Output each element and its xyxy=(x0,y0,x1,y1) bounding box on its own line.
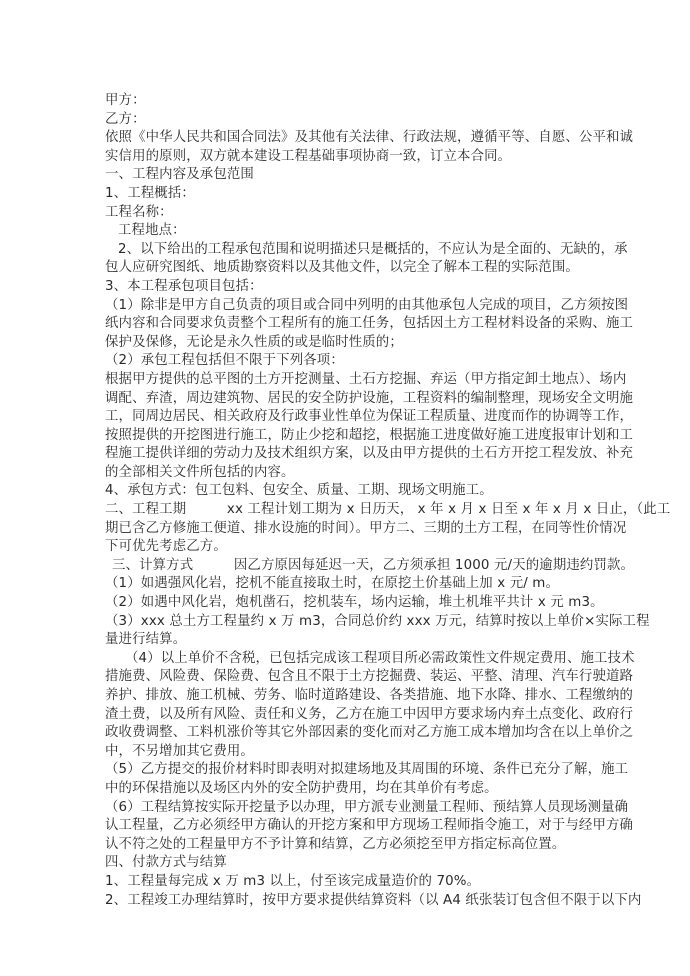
clause-line: 保护及保修，无论是永久性质的或是临时性质的； xyxy=(105,334,587,353)
clause-line: 政收费调整、工料机涨价等其它外部因素的变化而对乙方施工成本增加均含在以上单价之 xyxy=(105,724,587,743)
clause-line: （2）承包工程包括但不限于下列各项： xyxy=(105,352,587,371)
document-page: 甲方： 乙方： 依照《中华人民共和国合同法》及其他有关法律、行政法规，遵循平等、… xyxy=(105,92,587,910)
clause-line: 中，不另增加其它费用。 xyxy=(105,743,587,762)
clause-line: 认工程量，乙方必须经甲方确认的开挖方案和甲方现场工程师指令施工，对于与经甲方确 xyxy=(105,817,587,836)
clause-line: 包人应研究图纸、地质勘察资料以及其他文件，以完全了解本工程的实际范围。 xyxy=(105,259,587,278)
clause-line: 程施工提供详细的劳动力及技术组织方案，以及由甲方提供的土石方开挖工程发放、补充 xyxy=(105,445,587,464)
party-b-line: 乙方： xyxy=(105,111,587,130)
clause-line: 2、以下给出的工程承包范围和说明描述只是概括的，不应认为是全面的、无缺的，承 xyxy=(105,241,587,260)
preamble-line: 依照《中华人民共和国合同法》及其他有关法律、行政法规，遵循平等、自愿、公平和诚 xyxy=(105,129,587,148)
clause-line: 期已含乙方修施工便道、排水设施的时间）。甲方二、三期的土方工程，在同等性价情况 xyxy=(105,520,587,539)
clause-line: （1）如遇强风化岩，挖机不能直接取土时，在原挖土价基础上加 x 元/ m。 xyxy=(105,575,587,594)
clause-line: 渣土费，以及所有风险、责任和义务，乙方在施工中因甲方要求场内弃土点变化、政府行 xyxy=(105,706,587,725)
clause-line: （6）工程结算按实际开挖量予以办理，甲方派专业测量工程师、预结算人员现场测量确 xyxy=(105,799,587,818)
clause-line: 纸内容和合同要求负责整个工程所有的施工任务，包括因土方工程材料设备的采购、施工 xyxy=(105,315,587,334)
project-location-line: 工程地点： xyxy=(105,222,587,241)
clause-line: 的全部相关文件所包括的内容。 xyxy=(105,464,587,483)
clause-line: 工，同周边居民、相关政府及行政事业性单位为保证工程质量、进度而作的协调等工作， xyxy=(105,408,587,427)
clause-line: 根据甲方提供的总平图的土方开挖测量、土石方挖掘、弃运（甲方指定卸土地点）、场内 xyxy=(105,371,587,390)
project-name-line: 工程名称： xyxy=(105,204,587,223)
section-heading: 一、工程内容及承包范围 xyxy=(105,166,587,185)
clause-line: （1）除非是甲方自己负责的项目或合同中列明的由其他承包人完成的项目，乙方须按图 xyxy=(105,297,587,316)
clause-line: （5）乙方提交的报价材料时即表明对拟建场地及其周围的环境、条件已充分了解，施工 xyxy=(105,761,587,780)
section-heading: 三、计算方式 因乙方原因每延迟一天，乙方须承担 1000 元/天的逾期违约罚款。 xyxy=(105,557,587,576)
clause-line: （3）xxx 总土方工程量约 x 万 m3，合同总价约 xxx 万元，结算时按以… xyxy=(105,613,587,632)
clause-line: （4）以上单价不含税，已包括完成该工程项目所必需政策性文件规定费用、施工技术 xyxy=(105,650,587,669)
clause-line: 养护、排放、施工机械、劳务、临时道路建设、各类措施、地下水降、排水、工程缴纳的 xyxy=(105,687,587,706)
clause-line: 4、承包方式：包工包料、包安全、质量、工期、现场文明施工。 xyxy=(105,482,587,501)
clause-line: 措施费、风险费、保险费、包含且不限于土方挖掘费、装运、平整、清理、汽车行驶道路 xyxy=(105,668,587,687)
clause-line: （2）如遇中风化岩，炮机凿石，挖机装车，场内运输，堆土机堆平共计 x 元 m3。 xyxy=(105,594,587,613)
clause-line: 2、工程竣工办理结算时，按甲方要求提供结算资料（以 A4 纸张装订包含但不限于以… xyxy=(105,892,587,911)
clause-line: 中的环保措施以及场区内外的安全防护费用，均在其单价有考虑。 xyxy=(105,780,587,799)
clause-line: 1、工程概括： xyxy=(105,185,587,204)
clause-line: 下可优先考虑乙方。 xyxy=(105,538,587,557)
party-a-line: 甲方： xyxy=(105,92,587,111)
preamble-line: 实信用的原则，双方就本建设工程基础事项协商一致，订立本合同。 xyxy=(105,148,587,167)
section-heading: 四、付款方式与结算 xyxy=(105,854,587,873)
clause-line: 1、工程量每完成 x 万 m3 以上，付至该完成量造价的 70%。 xyxy=(105,873,587,892)
clause-line: 调配、弃渣，周边建筑物、居民的安全防护设施，工程资料的编制整理，现场安全文明施 xyxy=(105,390,587,409)
clause-line: 3、本工程承包项目包括： xyxy=(105,278,587,297)
clause-line: 量进行结算。 xyxy=(105,631,587,650)
section-heading: 二、工程工期 xx 工程计划工期为 x 日历天， x 年 x 月 x 日至 x … xyxy=(105,501,587,520)
clause-line: 认不符之处的工程量甲方不予计算和结算，乙方必须挖至甲方指定标高位置。 xyxy=(105,836,587,855)
clause-line: 按照提供的开挖图进行施工，防止少挖和超挖，根据施工进度做好施工进度报审计划和工 xyxy=(105,427,587,446)
